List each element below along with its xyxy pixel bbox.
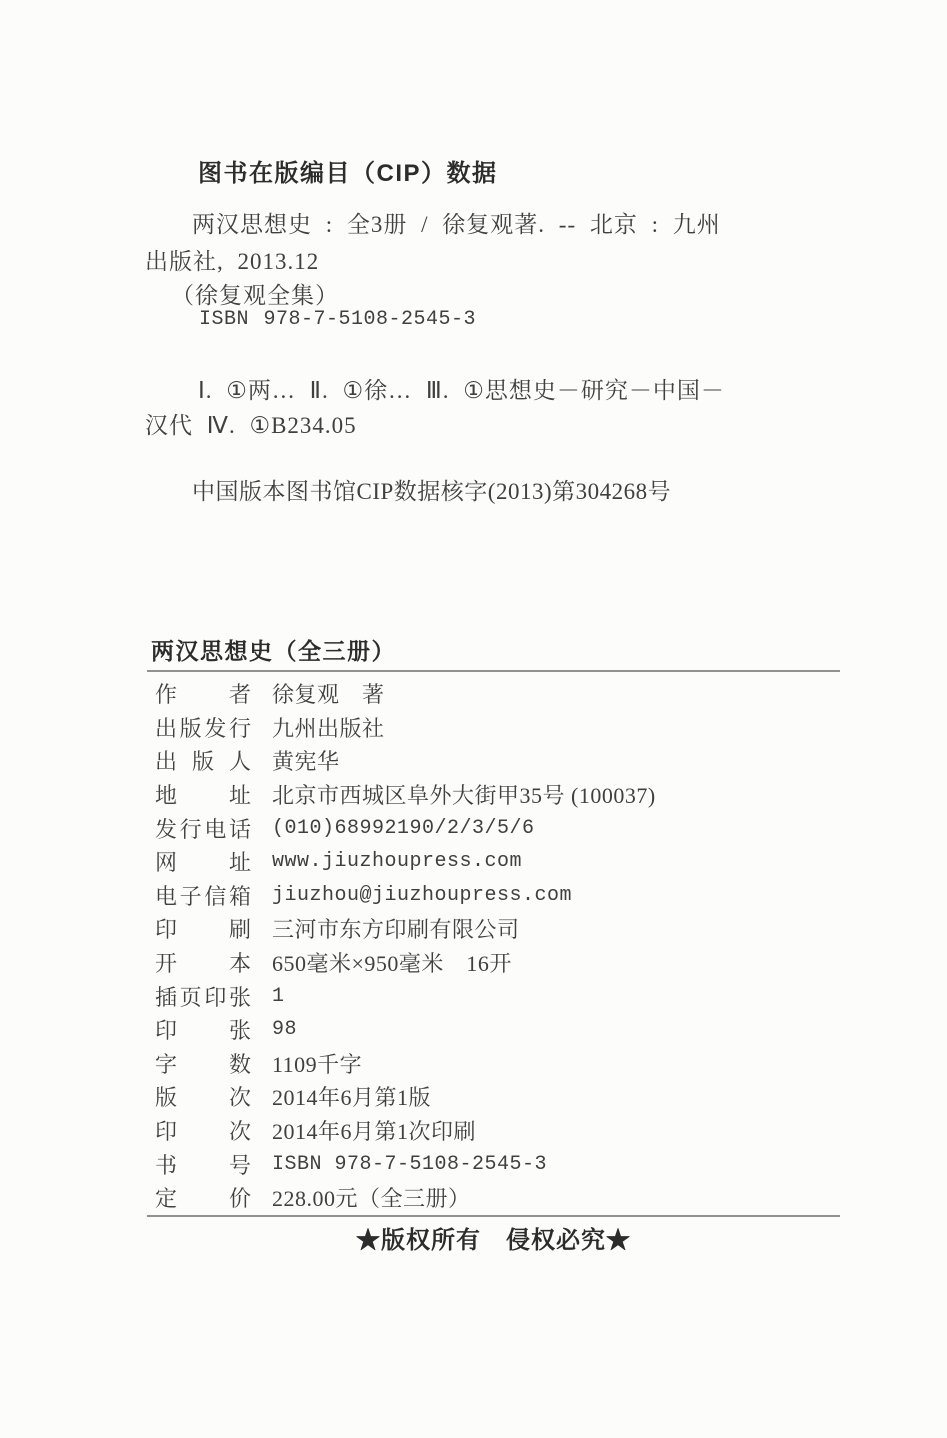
- colophon-row-label: 字数: [155, 1048, 251, 1079]
- colophon-row-value: 2014年6月第1版: [272, 1081, 431, 1112]
- colophon-row-label: 地址: [155, 779, 251, 810]
- colophon-row: 印张 98: [155, 1013, 855, 1047]
- colophon-row-value: (010)68992190/2/3/5/6: [272, 817, 535, 840]
- cip-registry-number: 中国版本图书馆CIP数据核字(2013)第304268号: [192, 473, 671, 506]
- colophon-row-label: 书号: [155, 1149, 251, 1180]
- colophon-row-label: 印次: [155, 1115, 251, 1146]
- colophon-row-value: 650毫米×950毫米 16开: [272, 947, 512, 978]
- colophon-row: 插页印张 1: [155, 979, 855, 1013]
- colophon-row-value: 1: [272, 985, 285, 1008]
- colophon-row-value: 黄宪华: [272, 745, 340, 776]
- divider-bottom: [147, 1215, 840, 1217]
- cip-title: 图书在版编目（CIP）数据: [198, 153, 498, 188]
- cip-isbn: ISBN 978-7-5108-2545-3: [199, 308, 476, 331]
- colophon-row-label: 发行电话: [155, 813, 251, 844]
- colophon-row-label: 出版发行: [155, 712, 251, 743]
- colophon-row-value: www.jiuzhoupress.com: [272, 850, 522, 873]
- colophon-row: 作者 徐复观 著: [155, 677, 855, 711]
- colophon-row-label: 网址: [155, 846, 251, 877]
- colophon-row-value: ISBN 978-7-5108-2545-3: [272, 1153, 547, 1176]
- colophon-row: 地址 北京市西城区阜外大街甲35号 (100037): [155, 778, 855, 812]
- colophon-row-value: jiuzhou@jiuzhoupress.com: [272, 884, 572, 907]
- cip-classification-line1: Ⅰ. ①两… Ⅱ. ①徐… Ⅲ. ①思想史－研究－中国－: [198, 372, 725, 405]
- colophon-row: 出版发行 九州出版社: [155, 711, 855, 745]
- cip-series-note: （徐复观全集）: [171, 277, 339, 310]
- copyright-notice: ★版权所有 侵权必究★: [147, 1220, 840, 1255]
- colophon-row: 出版人 黄宪华: [155, 744, 855, 778]
- colophon-row: 网址 www.jiuzhoupress.com: [155, 845, 855, 879]
- colophon-row-value: 1109千字: [272, 1048, 362, 1079]
- colophon-row: 印刷 三河市东方印刷有限公司: [155, 912, 855, 946]
- colophon-row: 字数 1109千字: [155, 1047, 855, 1081]
- colophon-row: 印次 2014年6月第1次印刷: [155, 1114, 855, 1148]
- cip-entry-line2: 出版社, 2013.12: [145, 243, 319, 276]
- colophon-row-label: 电子信箱: [155, 880, 251, 911]
- colophon-row-label: 印张: [155, 1014, 251, 1045]
- colophon-table: 作者 徐复观 著 出版发行 九州出版社 出版人 黄宪华 地址 北京市西城区阜外大…: [155, 677, 855, 1215]
- colophon-row-label: 定价: [155, 1182, 251, 1213]
- book-title: 两汉思想史（全三册）: [151, 633, 396, 666]
- cip-classification-line2: 汉代 Ⅳ. ①B234.05: [145, 407, 357, 440]
- colophon-row-value: 228.00元（全三册）: [272, 1182, 471, 1213]
- colophon-row: 电子信箱 jiuzhou@jiuzhoupress.com: [155, 879, 855, 913]
- colophon-row: 版次 2014年6月第1版: [155, 1080, 855, 1114]
- colophon-row-label: 版次: [155, 1081, 251, 1112]
- colophon-row-label: 插页印张: [155, 981, 251, 1012]
- colophon-row-value: 三河市东方印刷有限公司: [272, 913, 520, 944]
- colophon-row: 发行电话 (010)68992190/2/3/5/6: [155, 811, 855, 845]
- colophon-row: 开本 650毫米×950毫米 16开: [155, 946, 855, 980]
- colophon-row-value: 九州出版社: [272, 712, 385, 743]
- colophon-row: 书号 ISBN 978-7-5108-2545-3: [155, 1147, 855, 1181]
- colophon-row-label: 作者: [155, 678, 251, 709]
- colophon-row-label: 出版人: [155, 745, 251, 776]
- colophon-row-value: 北京市西城区阜外大街甲35号 (100037): [272, 779, 656, 810]
- book-copyright-page: 图书在版编目（CIP）数据 两汉思想史 : 全3册 / 徐复观著. -- 北京 …: [0, 0, 947, 1438]
- divider-top: [147, 670, 840, 672]
- colophon-row-value: 徐复观 著: [272, 678, 385, 709]
- colophon-row-value: 2014年6月第1次印刷: [272, 1115, 476, 1146]
- colophon-row: 定价 228.00元（全三册）: [155, 1181, 855, 1215]
- colophon-row-value: 98: [272, 1018, 297, 1041]
- colophon-row-label: 印刷: [155, 913, 251, 944]
- colophon-row-label: 开本: [155, 947, 251, 978]
- cip-entry-line1: 两汉思想史 : 全3册 / 徐复观著. -- 北京 : 九州: [192, 206, 721, 239]
